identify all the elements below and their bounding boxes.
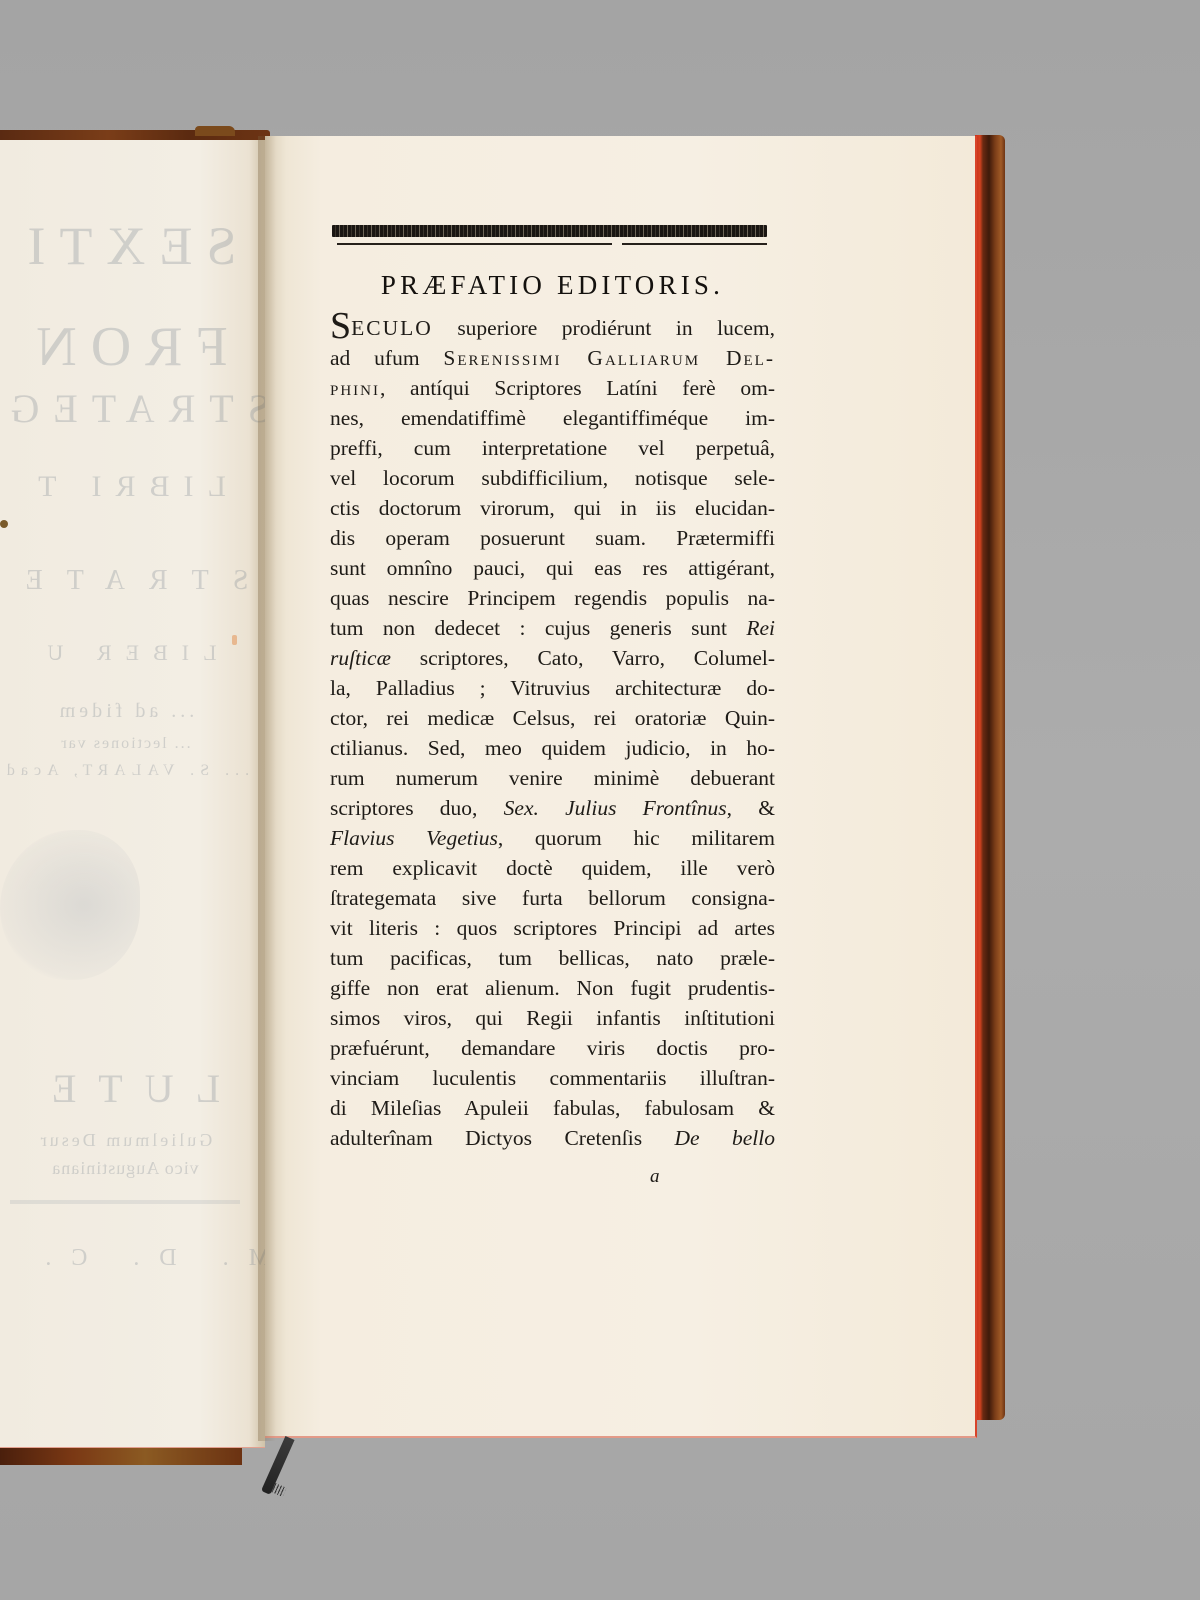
text-line: vit literis : quos scriptores Principi a… xyxy=(330,913,775,943)
text-line: ad ufum Serenissimi Galliarum Del- xyxy=(330,343,775,373)
text-span: adulterînam Dictyos Cretenſis xyxy=(330,1126,675,1150)
gutter-shadow xyxy=(258,136,276,1441)
text-line: ctor, rei medicæ Celsus, rei oratoriæ Qu… xyxy=(330,703,775,733)
text-line: quas nescire Principem regendis populis … xyxy=(330,583,775,613)
text-span: la, Palladius ; Vitruvius architecturæ d… xyxy=(330,676,775,700)
text-line: dis operam posuerunt suam. Prætermiffi xyxy=(330,523,775,553)
show-through-line: ... lectiones var xyxy=(0,735,265,753)
drop-cap: S xyxy=(330,305,351,347)
text-span: rum numerum venire minimè debuerant xyxy=(330,766,775,790)
leather-cover-wear xyxy=(195,126,235,136)
text-span: giffe non erat alienum. Non fugit pruden… xyxy=(330,976,775,1000)
small-caps-text: phini xyxy=(330,376,380,400)
text-line: simos viros, qui Regii infantis inſtitut… xyxy=(330,1003,775,1033)
text-line: vel locorum subdifficilium, notisque sel… xyxy=(330,463,775,493)
text-line: Flavius Vegetius, quorum hic militarem xyxy=(330,823,775,853)
show-through-line: LIBRI T xyxy=(0,470,265,504)
text-line: adulterînam Dictyos Cretenſis De bello xyxy=(330,1123,775,1153)
paper-stain xyxy=(0,520,8,528)
show-through-line: FRON xyxy=(0,315,265,379)
small-caps-text: Serenissimi Galliarum Del- xyxy=(443,346,775,370)
headpiece-rule xyxy=(337,243,612,245)
show-through-line: LIBER U xyxy=(0,640,265,666)
text-line: preffi, cum interpretatione vel perpetuâ… xyxy=(330,433,775,463)
show-through-line: M. D. C. L xyxy=(0,1245,265,1272)
text-span: rem explicavit doctè quidem, ille verò xyxy=(330,856,775,880)
text-line: di Mileſias Apuleii fabulas, fabulosam & xyxy=(330,1093,775,1123)
show-through-line: STRATE xyxy=(0,565,265,597)
text-span: præfuérunt, demandare viris doctis pro- xyxy=(330,1036,775,1060)
text-span: ad ufum xyxy=(330,346,443,370)
text-span: preffi, cum interpretatione vel perpetuâ… xyxy=(330,436,775,460)
text-line: scriptores duo, Sex. Julius Frontînus, & xyxy=(330,793,775,823)
italic-text: Rei xyxy=(746,616,775,640)
text-line: rem explicavit doctè quidem, ille verò xyxy=(330,853,775,883)
page-title: PRÆFATIO EDITORIS. xyxy=(330,270,775,301)
text-line: ctilianus. Sed, meo quidem judicio, in h… xyxy=(330,733,775,763)
ornamental-headpiece-icon xyxy=(332,222,767,248)
show-through-line: Gulielmum Desur xyxy=(0,1130,265,1151)
text-span: , quorum hic militarem xyxy=(498,826,775,850)
show-through-line: LUTE xyxy=(0,1065,265,1112)
italic-text: Sex. Julius Frontînus xyxy=(504,796,727,820)
left-page: SEXTI FRON STRATEGEM LIBRI T STRATE LIBE… xyxy=(0,140,265,1448)
text-span: ctor, rei medicæ Celsus, rei oratoriæ Qu… xyxy=(330,706,775,730)
text-span: quas nescire Principem regendis populis … xyxy=(330,586,775,610)
headpiece-rule xyxy=(622,243,767,245)
text-line: la, Palladius ; Vitruvius architecturæ d… xyxy=(330,673,775,703)
text-line: ſtrategemata sive furta bellorum consign… xyxy=(330,883,775,913)
text-span: ctis doctorum virorum, qui in iis elucid… xyxy=(330,496,775,520)
preface-body: SECULO superiore prodiérunt in lucem,ad … xyxy=(330,311,775,1153)
text-span: nes, emendatiffimè elegantiffiméque im- xyxy=(330,406,775,430)
text-line: nes, emendatiffimè elegantiffiméque im- xyxy=(330,403,775,433)
show-through-line: ... S. VALART, Acad xyxy=(0,762,265,780)
text-span: , antíqui Scriptores Latíni ferè om- xyxy=(380,376,775,400)
text-line: tum non dedecet : cujus generis sunt Rei xyxy=(330,613,775,643)
text-span: vit literis : quos scriptores Principi a… xyxy=(330,916,775,940)
red-edged-page-block xyxy=(975,135,1005,1420)
text-span: , & xyxy=(727,796,775,820)
italic-text: Flavius Vegetius xyxy=(330,826,498,850)
small-caps-text: ECULO xyxy=(351,316,433,340)
text-span: scriptores, Cato, Varro, Columel- xyxy=(391,646,775,670)
show-through-line: STRATEGEM xyxy=(0,385,265,432)
text-span: ſtrategemata sive furta bellorum consign… xyxy=(330,886,775,910)
text-span: di Mileſias Apuleii fabulas, fabulosam & xyxy=(330,1096,775,1120)
text-span: sunt omnîno pauci, qui eas res attigéran… xyxy=(330,556,775,580)
text-line: ctis doctorum virorum, qui in iis elucid… xyxy=(330,493,775,523)
show-through-line: ... ad fidem xyxy=(0,700,265,723)
text-line: SECULO superiore prodiérunt in lucem, xyxy=(330,311,775,343)
text-span: ctilianus. Sed, meo quidem judicio, in h… xyxy=(330,736,775,760)
show-through-title-page: SEXTI FRON STRATEGEM LIBRI T STRATE LIBE… xyxy=(0,140,265,1448)
show-through-rule xyxy=(10,1200,240,1204)
italic-text: De bello xyxy=(675,1126,776,1150)
leather-cover-bottom-edge xyxy=(0,1445,242,1465)
text-line: tum pacificas, tum bellicas, nato præle- xyxy=(330,943,775,973)
text-span: tum pacificas, tum bellicas, nato præle- xyxy=(330,946,775,970)
text-span: vinciam luculentis commentariis illuſtra… xyxy=(330,1066,775,1090)
text-line: sunt omnîno pauci, qui eas res attigéran… xyxy=(330,553,775,583)
text-line: phini, antíqui Scriptores Latíni ferè om… xyxy=(330,373,775,403)
show-through-line: vico Augustiniana xyxy=(0,1158,265,1179)
text-line: rum numerum venire minimè debuerant xyxy=(330,763,775,793)
show-through-line: SEXTI xyxy=(0,215,265,277)
text-span: scriptores duo, xyxy=(330,796,504,820)
show-through-emblem-icon xyxy=(0,830,140,980)
text-line: giffe non erat alienum. Non fugit pruden… xyxy=(330,973,775,1003)
text-line: præfuérunt, demandare viris doctis pro- xyxy=(330,1033,775,1063)
text-span: vel locorum subdifficilium, notisque sel… xyxy=(330,466,775,490)
text-span: tum non dedecet : cujus generis sunt xyxy=(330,616,746,640)
text-span: dis operam posuerunt suam. Prætermiffi xyxy=(330,526,775,550)
headpiece-band xyxy=(332,225,767,237)
text-span: superiore prodiérunt in lucem, xyxy=(433,316,775,340)
text-line: vinciam luculentis commentariis illuſtra… xyxy=(330,1063,775,1093)
signature-mark: a xyxy=(650,1166,660,1188)
italic-text: ruſticæ xyxy=(330,646,391,670)
bookmark-ribbon-fray xyxy=(271,1483,286,1497)
book-photo: SEXTI FRON STRATEGEM LIBRI T STRATE LIBE… xyxy=(0,0,1200,1600)
preface-text-block: PRÆFATIO EDITORIS. SECULO superiore prod… xyxy=(330,222,775,1153)
text-line: ruſticæ scriptores, Cato, Varro, Columel… xyxy=(330,643,775,673)
text-span: simos viros, qui Regii infantis inſtitut… xyxy=(330,1006,775,1030)
paper-foxing xyxy=(232,635,237,645)
